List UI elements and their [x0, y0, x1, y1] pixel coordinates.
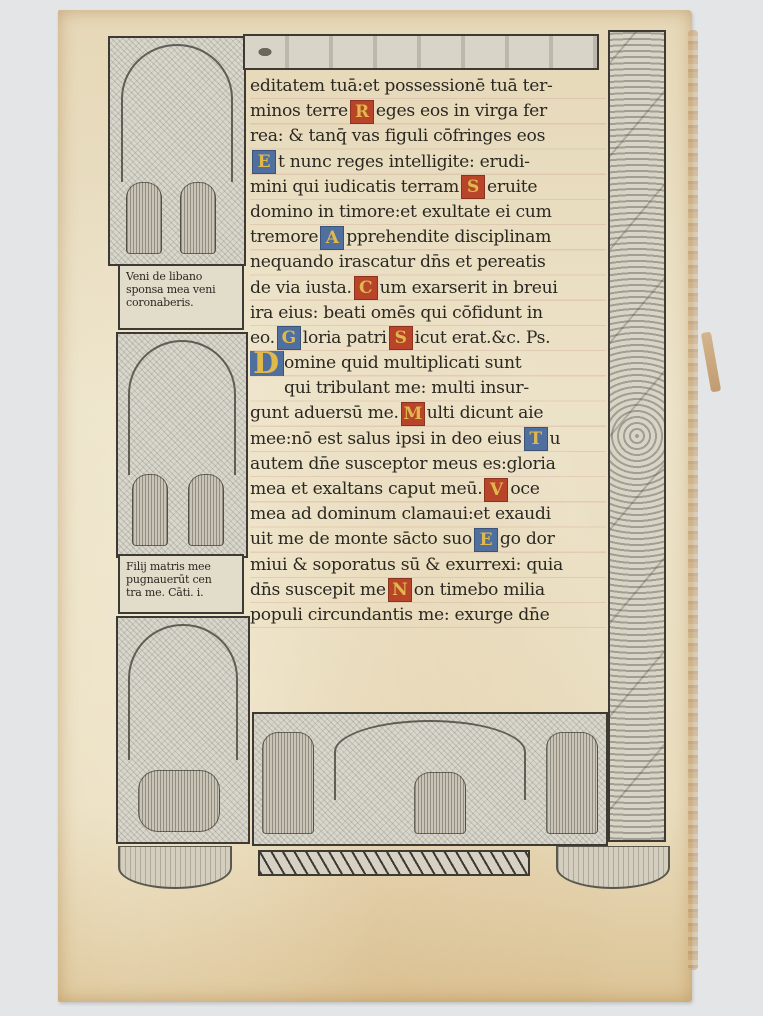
text-run: mee:nō est salus ipsi in deo eius [250, 427, 522, 452]
caption-veni-de-libano: Veni de libano sponsa mea veni coronaber… [118, 264, 244, 330]
woodcut-figure [126, 182, 162, 254]
text-run: on timebo milia [414, 578, 545, 603]
text-run: t nunc reges intelligite: erudi- [278, 150, 530, 175]
woodcut-left-middle [116, 332, 248, 558]
text-line: autem dn̄e susceptor meus es:gloria [250, 452, 606, 477]
text-line: Et nunc reges intelligite: erudi- [250, 150, 606, 175]
caption-filij-matris: Filij matris mee pugnauerūt cen tra me. … [118, 554, 244, 614]
text-run: um exarserit in breui [380, 276, 558, 301]
bottom-ornament-band [118, 846, 670, 876]
woodcut-arch [128, 624, 237, 760]
right-floral-border [608, 30, 666, 842]
text-line: editatem tuā:et possessionē tuā ter- [250, 74, 606, 99]
woodcut-figure [138, 770, 220, 832]
text-line: ira eius: beati omēs qui cōfidunt in [250, 301, 606, 326]
text-line: de via iusta.Cum exarserit in breui [250, 276, 606, 301]
text-run: tremore [250, 225, 318, 250]
text-run: mea ad dominum clamaui:et exaudi [250, 502, 551, 527]
caption-line: pugnauerūt cen [126, 573, 236, 586]
text-run: minos terre [250, 99, 348, 124]
illuminated-initial: D [250, 351, 284, 376]
prophet-figure-right [546, 732, 598, 834]
scroll-ornament-right [556, 846, 670, 889]
text-line: domino in timore:et exultate ei cum [250, 200, 606, 225]
text-line: qui tribulant me: multi insur- [250, 376, 606, 401]
top-ornament-band [243, 34, 599, 70]
woodcut-figure [180, 182, 216, 254]
text-line: nequando irascatur dn̄s et pereatis [250, 250, 606, 275]
text-line: minos terreReges eos in virga fer [250, 99, 606, 124]
text-line: populi circundantis me: exurge dn̄e [250, 603, 606, 628]
illuminated-initial: E [252, 150, 276, 174]
illuminated-initial: R [350, 100, 374, 124]
text-line: miui & soporatus sū & exurrexi: quia [250, 553, 606, 578]
prophet-figure-left [262, 732, 314, 834]
illuminated-initial: M [401, 402, 425, 426]
text-run: mini qui iudicatis terram [250, 175, 459, 200]
text-run: de via iusta. [250, 276, 352, 301]
text-run: eo. [250, 326, 275, 351]
text-run: u [550, 427, 561, 452]
text-run: ulti dicunt aie [427, 401, 543, 426]
paper-tab [701, 332, 721, 393]
text-run: ira eius: beati omēs qui cōfidunt in [250, 301, 543, 326]
torn-edge [688, 30, 698, 970]
woodcut-left-top [108, 36, 246, 266]
text-run: icut erat.&c. Ps. [415, 326, 551, 351]
text-run: loria patri [303, 326, 387, 351]
text-run: editatem tuā:et possessionē tuā ter- [250, 74, 553, 99]
text-line: tremoreApprehendite disciplinam [250, 225, 606, 250]
main-text-block: editatem tuā:et possessionē tuā ter-mino… [250, 74, 606, 628]
text-line: mea et exaltans caput meū.Voce [250, 477, 606, 502]
woodcut-figure [132, 474, 168, 546]
text-line: dn̄s suscepit meNon timebo milia [250, 578, 606, 603]
text-run: oce [510, 477, 539, 502]
text-run: omine quid multiplicati sunt [284, 351, 521, 376]
text-run: dn̄s suscepit me [250, 578, 386, 603]
text-run: go dor [500, 527, 555, 552]
text-run: eruite [487, 175, 537, 200]
scroll-ornament-left [118, 846, 232, 889]
illuminated-initial: V [484, 478, 508, 502]
text-run: rea: & tanq̄ vas figuli cōfringes eos [250, 124, 545, 149]
illuminated-initial: S [461, 175, 485, 199]
caption-line: coronaberis. [126, 296, 236, 309]
woodcut-arch [121, 44, 234, 182]
illuminated-initial: G [277, 326, 301, 350]
text-line: uit me de monte sācto suoEgo dor [250, 527, 606, 552]
caption-line: Veni de libano [126, 270, 236, 283]
text-line: Domine quid multiplicati sunt [250, 351, 606, 376]
text-line: gunt aduersū me.Multi dicunt aie [250, 401, 606, 426]
text-run: domino in timore:et exultate ei cum [250, 200, 552, 225]
woodcut-bottom-scene [252, 712, 608, 846]
text-run: eges eos in virga fer [376, 99, 547, 124]
caption-line: sponsa mea veni [126, 283, 236, 296]
text-run: miui & soporatus sū & exurrexi: quia [250, 553, 563, 578]
woodcut-figure [188, 474, 224, 546]
text-line: eo.Gloria patriSicut erat.&c. Ps. [250, 326, 606, 351]
rope-ornament [258, 850, 530, 876]
illuminated-initial: A [320, 226, 344, 250]
text-run: nequando irascatur dn̄s et pereatis [250, 250, 545, 275]
text-run: mea et exaltans caput meū. [250, 477, 482, 502]
text-run: qui tribulant me: multi insur- [284, 376, 529, 401]
illuminated-initial: N [388, 578, 412, 602]
text-line: mea ad dominum clamaui:et exaudi [250, 502, 606, 527]
illuminated-initial: E [474, 528, 498, 552]
text-run: uit me de monte sācto suo [250, 527, 472, 552]
woodcut-arch [128, 340, 236, 475]
text-line: mee:nō est salus ipsi in deo eiusTu [250, 427, 606, 452]
text-run: autem dn̄e susceptor meus es:gloria [250, 452, 556, 477]
text-run: pprehendite disciplinam [346, 225, 551, 250]
woodcut-left-bottom [116, 616, 250, 844]
caption-line: Filij matris mee [126, 560, 236, 573]
text-run: gunt aduersū me. [250, 401, 399, 426]
kneeling-figure [414, 772, 466, 834]
illuminated-initial: T [524, 427, 548, 451]
illuminated-initial: C [354, 276, 378, 300]
illuminated-initial: S [389, 326, 413, 350]
text-line: mini qui iudicatis terramSeruite [250, 175, 606, 200]
text-run: populi circundantis me: exurge dn̄e [250, 603, 550, 628]
caption-line: tra me. Cāti. i. [126, 586, 236, 599]
text-line: rea: & tanq̄ vas figuli cōfringes eos [250, 124, 606, 149]
